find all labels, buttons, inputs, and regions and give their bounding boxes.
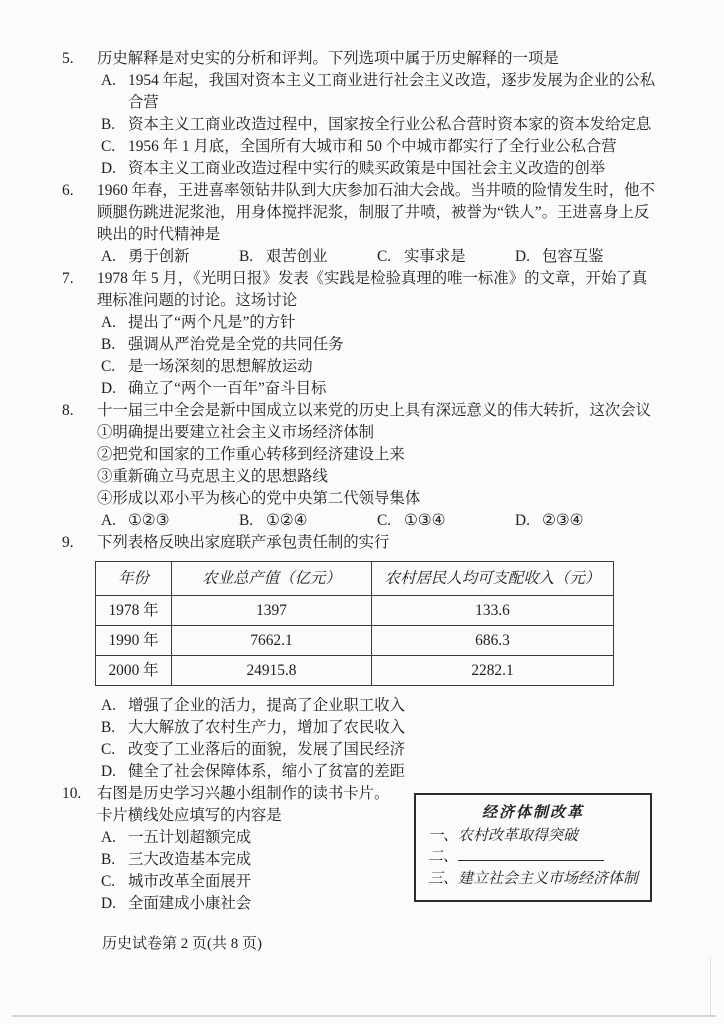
- table-cell: 133.6: [372, 596, 614, 626]
- option-text: 健全了社会保障体系，缩小了贫富的差距: [128, 761, 659, 783]
- option-label: A.: [101, 827, 128, 849]
- sub-item-3: ③重新确立马克思主义的思想路线: [97, 466, 659, 488]
- table-cell: 1397: [172, 596, 372, 626]
- card-line-prefix: 三、: [428, 871, 458, 887]
- option-c: C. 城市改革全面展开: [97, 871, 403, 893]
- table-row: 1990 年 7662.1 686.3: [96, 626, 614, 656]
- question-stem: 十一届三中全会是新中国成立以来党的历史上具有深远意义的伟大转折，这次会议: [97, 400, 659, 422]
- table-header-cell: 年份: [96, 562, 172, 596]
- option-text: 资本主义工商业改造过程中，国家按全行业公私合营时资本家的资本发给定息: [128, 114, 659, 136]
- exam-page: 5. 历史解释是对史实的分析和评判。下列选项中属于历史解释的一项是 A. 195…: [0, 0, 724, 1024]
- option-text: 是一场深刻的思想解放运动: [128, 356, 659, 378]
- card-line-text: 农村改革取得突破: [458, 828, 578, 844]
- option-label: B.: [101, 114, 128, 136]
- option-c: C. 是一场深刻的思想解放运动: [97, 356, 659, 378]
- option-list: A. 1954 年起，我国对资本主义工商业进行社会主义改造，逐步发展为企业的公私…: [97, 70, 659, 180]
- question-body: 1978 年 5 月，《光明日报》发表《实践是检验真理的唯一标准》的文章，开始了…: [97, 268, 659, 400]
- page-footer: 历史试卷第 2 页(共 8 页): [62, 933, 666, 955]
- data-table: 年份 农业总产值（亿元） 农村居民人均可支配收入（元） 1978 年 1397 …: [95, 561, 614, 686]
- question-body: 1960 年春，王进喜率领钻井队到大庆参加石油大会战。当井喷的险情发生时，他不顾…: [97, 180, 659, 268]
- option-b: B. 强调从严治党是全党的共同任务: [97, 334, 659, 356]
- option-text: 城市改革全面展开: [128, 871, 403, 893]
- option-text: 确立了“两个一百年”奋斗目标: [128, 378, 659, 400]
- option-d: D. 确立了“两个一百年”奋斗目标: [97, 378, 659, 400]
- option-text: 强调从严治党是全党的共同任务: [128, 334, 659, 356]
- option-text: 1956 年 1 月底，全国所有大城市和 50 个中城市都实行了全行业公私合营: [128, 136, 659, 158]
- option-text: 1954 年起，我国对资本主义工商业进行社会主义改造，逐步发展为企业的公私合营: [128, 70, 659, 114]
- option-c: C. ①③④: [377, 510, 515, 532]
- option-label: B.: [239, 510, 266, 532]
- card-line-2: 二、: [428, 847, 638, 869]
- table-header-row: 年份 农业总产值（亿元） 农村居民人均可支配收入（元）: [96, 562, 614, 596]
- option-label: A.: [101, 246, 128, 268]
- option-text: ①②③: [128, 510, 169, 532]
- card-blank-line: [458, 849, 604, 861]
- option-label: B.: [239, 246, 266, 268]
- question-6: 6. 1960 年春，王进喜率领钻井队到大庆参加石油大会战。当井喷的险情发生时，…: [62, 180, 666, 268]
- option-list: A. 一五计划超额完成 B. 三大改造基本完成 C. 城市改革全面展开 D.: [97, 827, 403, 915]
- table-header-cell: 农业总产值（亿元）: [172, 562, 372, 596]
- option-d: D. 健全了社会保障体系，缩小了贫富的差距: [97, 761, 659, 783]
- option-label: C.: [101, 871, 128, 893]
- question-8: 8. 十一届三中全会是新中国成立以来党的历史上具有深远意义的伟大转折，这次会议 …: [62, 400, 666, 532]
- option-text: 艰苦创业: [266, 246, 328, 268]
- option-text: 改变了工业落后的面貌，发展了国民经济: [128, 739, 659, 761]
- table-cell: 2282.1: [372, 656, 614, 686]
- option-d: D. 包容互鉴: [515, 246, 604, 268]
- option-text: ①③④: [404, 510, 445, 532]
- option-b: B. 资本主义工商业改造过程中，国家按全行业公私合营时资本家的资本发给定息: [97, 114, 659, 136]
- scan-bottom-edge: [12, 1015, 716, 1017]
- option-label: D.: [101, 761, 128, 783]
- option-text: 增强了企业的活力，提高了企业职工收入: [128, 695, 659, 717]
- option-label: D.: [101, 158, 128, 180]
- question-stem: 1960 年春，王进喜率领钻井队到大庆参加石油大会战。当井喷的险情发生时，他不顾…: [97, 180, 659, 246]
- option-label: B.: [101, 334, 128, 356]
- option-a: A. 提出了“两个凡是”的方针: [97, 312, 659, 334]
- option-text: 包容互鉴: [542, 246, 604, 268]
- option-row: A. 勇于创新 B. 艰苦创业 C. 实事求是 D. 包容互鉴: [97, 246, 659, 268]
- option-label: B.: [101, 717, 128, 739]
- table-cell: 2000 年: [96, 656, 172, 686]
- question-body: 历史解释是对史实的分析和评判。下列选项中属于历史解释的一项是 A. 1954 年…: [97, 48, 659, 180]
- option-text: ②③④: [542, 510, 583, 532]
- question-number: 9.: [62, 532, 97, 554]
- card-line-prefix: 一、: [428, 828, 458, 844]
- option-d: D. 全面建成小康社会: [97, 893, 403, 915]
- option-label: A.: [101, 695, 128, 717]
- option-a: A. 一五计划超额完成: [97, 827, 403, 849]
- card-line-prefix: 二、: [428, 849, 458, 865]
- table-cell: 1990 年: [96, 626, 172, 656]
- option-b: B. 三大改造基本完成: [97, 849, 403, 871]
- question-number: 6.: [62, 180, 97, 202]
- table-cell: 24915.8: [172, 656, 372, 686]
- option-d: D. ②③④: [515, 510, 583, 532]
- question-stem: 右图是历史学习兴趣小组制作的读书卡片。卡片横线处应填写的内容是: [97, 783, 403, 827]
- option-a: A. ①②③: [101, 510, 239, 532]
- question-number: 8.: [62, 400, 97, 422]
- option-label: A.: [101, 510, 128, 532]
- option-b: B. ①②④: [239, 510, 377, 532]
- question-9: 9. 下列表格反映出家庭联产承包责任制的实行 年份 农业总产值（亿元） 农村居民…: [62, 532, 666, 783]
- option-label: C.: [377, 510, 404, 532]
- option-text: 三大改造基本完成: [128, 849, 403, 871]
- option-c: C. 改变了工业落后的面貌，发展了国民经济: [97, 739, 659, 761]
- question-stem: 下列表格反映出家庭联产承包责任制的实行: [97, 532, 659, 554]
- option-text: 大大解放了农村生产力，增加了农民收入: [128, 717, 659, 739]
- option-text: 一五计划超额完成: [128, 827, 403, 849]
- sub-item-2: ②把党和国家的工作重心转移到经济建设上来: [97, 444, 659, 466]
- option-c: C. 1956 年 1 月底，全国所有大城市和 50 个中城市都实行了全行业公私…: [97, 136, 659, 158]
- option-a: A. 增强了企业的活力，提高了企业职工收入: [97, 695, 659, 717]
- option-text: ①②④: [266, 510, 307, 532]
- table-header-cell: 农村居民人均可支配收入（元）: [372, 562, 614, 596]
- option-b: B. 艰苦创业: [239, 246, 377, 268]
- table-row: 2000 年 24915.8 2282.1: [96, 656, 614, 686]
- table-row: 1978 年 1397 133.6: [96, 596, 614, 626]
- option-a: A. 1954 年起，我国对资本主义工商业进行社会主义改造，逐步发展为企业的公私…: [97, 70, 659, 114]
- option-label: C.: [101, 136, 128, 158]
- table-cell: 7662.1: [172, 626, 372, 656]
- sub-item-4: ④形成以邓小平为核心的党中央第二代领导集体: [97, 488, 659, 510]
- table-cell: 686.3: [372, 626, 614, 656]
- option-text: 勇于创新: [128, 246, 190, 268]
- option-label: D.: [101, 378, 128, 400]
- option-text: 提出了“两个凡是”的方针: [128, 312, 659, 334]
- question-body: 十一届三中全会是新中国成立以来党的历史上具有深远意义的伟大转折，这次会议 ①明确…: [97, 400, 659, 532]
- question-number: 7.: [62, 268, 97, 290]
- option-text: 实事求是: [404, 246, 466, 268]
- question-stem: 历史解释是对史实的分析和评判。下列选项中属于历史解释的一项是: [97, 48, 659, 70]
- question-stem: 1978 年 5 月，《光明日报》发表《实践是检验真理的唯一标准》的文章，开始了…: [97, 268, 659, 312]
- sub-item-1: ①明确提出要建立社会主义市场经济体制: [97, 422, 659, 444]
- option-d: D. 资本主义工商业改造过程中实行的赎买政策是中国社会主义改造的创举: [97, 158, 659, 180]
- table-cell: 1978 年: [96, 596, 172, 626]
- option-label: C.: [377, 246, 404, 268]
- question-number: 5.: [62, 48, 97, 70]
- option-label: C.: [101, 356, 128, 378]
- option-list: A. 提出了“两个凡是”的方针 B. 强调从严治党是全党的共同任务 C. 是一场…: [97, 312, 659, 400]
- exam-content: 5. 历史解释是对史实的分析和评判。下列选项中属于历史解释的一项是 A. 195…: [0, 0, 724, 955]
- option-label: B.: [101, 849, 128, 871]
- option-c: C. 实事求是: [377, 246, 515, 268]
- option-row: A. ①②③ B. ①②④ C. ①③④ D. ②③④: [97, 510, 659, 532]
- option-list: A. 增强了企业的活力，提高了企业职工收入 B. 大大解放了农村生产力，增加了农…: [97, 695, 659, 783]
- card-title: 经济体制改革: [428, 803, 638, 825]
- option-label: C.: [101, 739, 128, 761]
- scan-right-edge: [710, 957, 712, 1017]
- option-text: 全面建成小康社会: [128, 893, 403, 915]
- option-label: D.: [515, 510, 542, 532]
- card-line-1: 一、农村改革取得突破: [428, 826, 638, 848]
- question-10-row: 10. 右图是历史学习兴趣小组制作的读书卡片。卡片横线处应填写的内容是 A. 一…: [62, 783, 666, 915]
- option-label: D.: [101, 893, 128, 915]
- card-line-3: 三、建立社会主义市场经济体制: [428, 869, 638, 891]
- question-10: 10. 右图是历史学习兴趣小组制作的读书卡片。卡片横线处应填写的内容是 A. 一…: [62, 783, 414, 915]
- question-body: 右图是历史学习兴趣小组制作的读书卡片。卡片横线处应填写的内容是 A. 一五计划超…: [97, 783, 403, 915]
- option-text: 资本主义工商业改造过程中实行的赎买政策是中国社会主义改造的创举: [128, 158, 659, 180]
- option-label: D.: [515, 246, 542, 268]
- option-label: A.: [101, 70, 128, 114]
- question-number: 10.: [62, 783, 97, 805]
- question-5: 5. 历史解释是对史实的分析和评判。下列选项中属于历史解释的一项是 A. 195…: [62, 48, 666, 180]
- card-line-text: 建立社会主义市场经济体制: [458, 871, 638, 887]
- question-body: 下列表格反映出家庭联产承包责任制的实行 年份 农业总产值（亿元） 农村居民人均可…: [97, 532, 659, 783]
- option-label: A.: [101, 312, 128, 334]
- reading-card: 经济体制改革 一、农村改革取得突破 二、 三、建立社会主义市场经济体制: [414, 793, 652, 902]
- question-7: 7. 1978 年 5 月，《光明日报》发表《实践是检验真理的唯一标准》的文章，…: [62, 268, 666, 400]
- option-a: A. 勇于创新: [101, 246, 239, 268]
- option-b: B. 大大解放了农村生产力，增加了农民收入: [97, 717, 659, 739]
